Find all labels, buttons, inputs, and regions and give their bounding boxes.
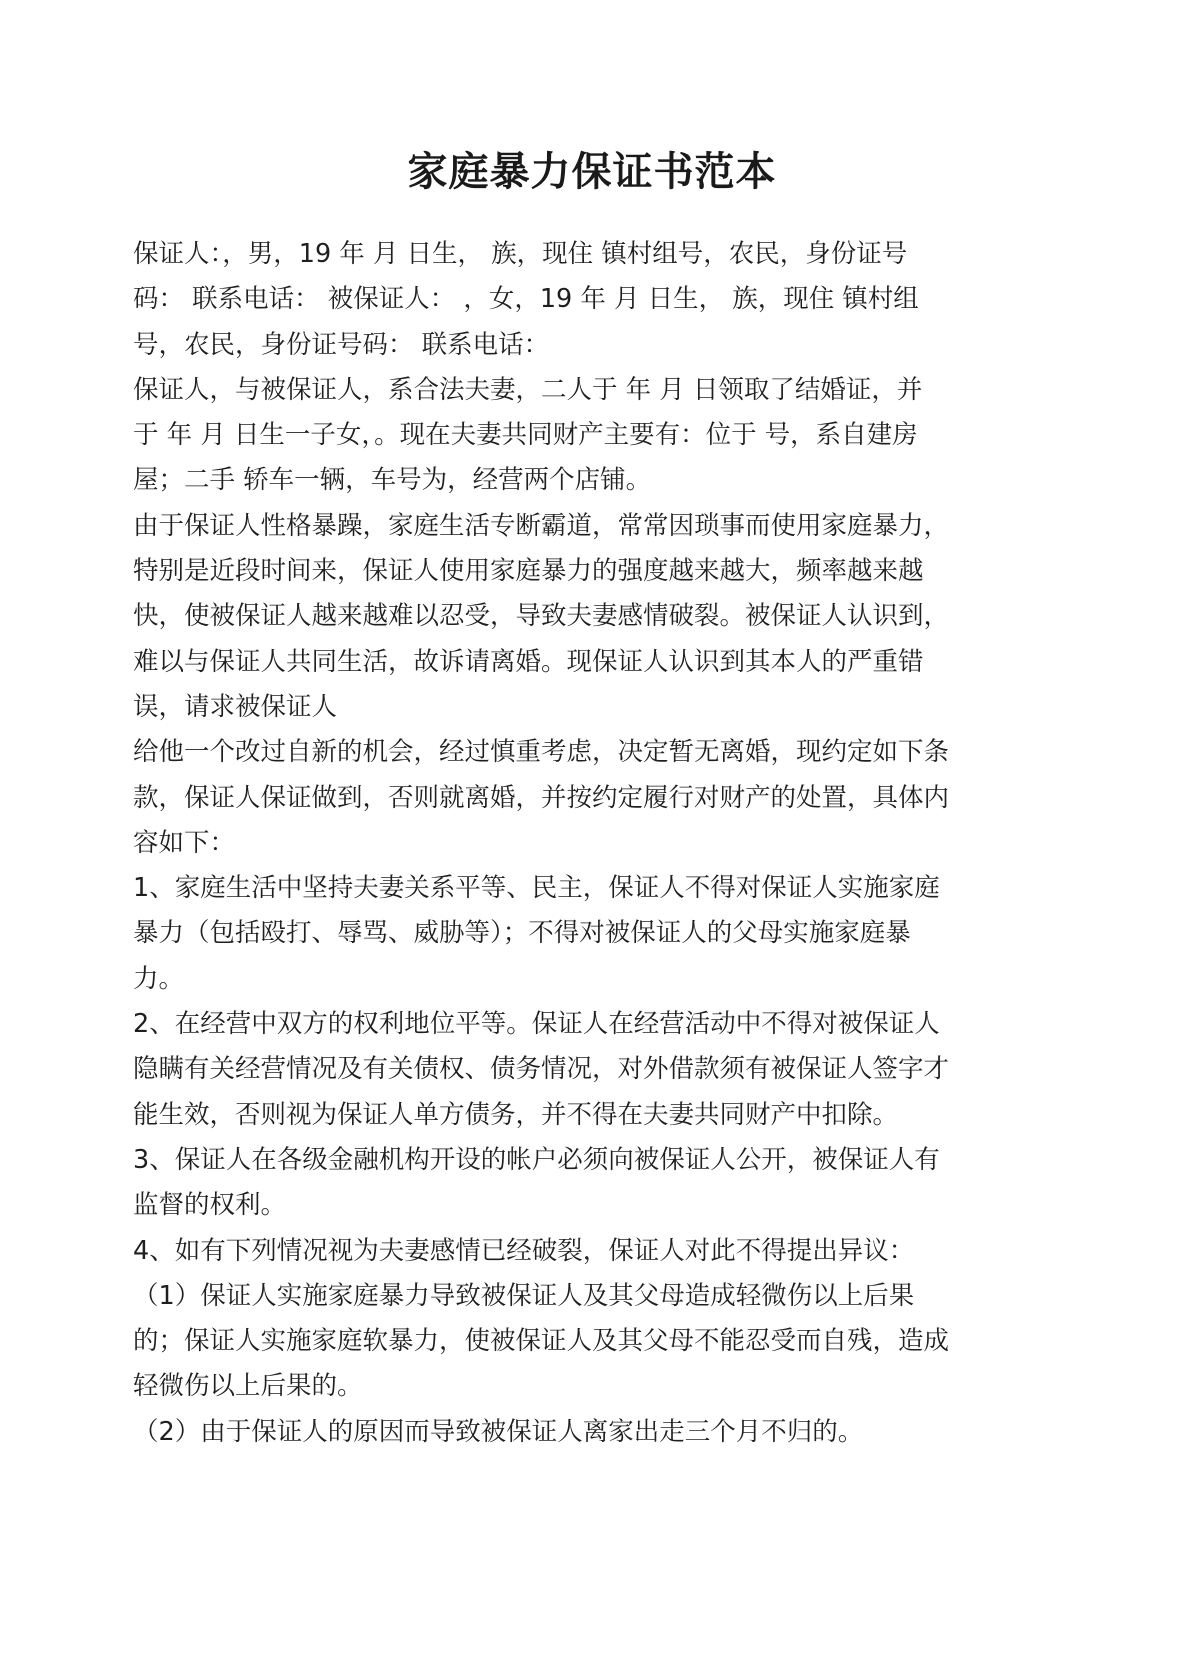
clause-1-line: 1、家庭生活中坚持夫妻关系平等、民主，保证人不得对保证人实施家庭 [133,866,1043,911]
document-body: 保证人：，男，19 年 月 日生， 族，现住 镇村组号，农民，身份证号 码： 联… [133,232,1043,1455]
clause-2-line: 2、在经营中双方的权利地位平等。保证人在经营活动中不得对被保证人 [133,1002,1043,1047]
document-page: 家庭暴力保证书范本 保证人：，男，19 年 月 日生， 族，现住 镇村组号，农民… [0,0,1184,1678]
text-line: 款，保证人保证做到，否则就离婚，并按约定履行对财产的处置，具体内 [133,776,1043,821]
text-line: 码： 联系电话： 被保证人： ，女，19 年 月 日生， 族，现住 镇村组 [133,277,1043,322]
sub-clause-1-line: 的；保证人实施家庭软暴力，使被保证人及其父母不能忍受而自残，造成 [133,1319,1043,1364]
document-title: 家庭暴力保证书范本 [0,140,1184,197]
clause-3-line: 监督的权利。 [133,1183,1043,1228]
clause-2-line: 隐瞒有关经营情况及有关债权、债务情况，对外借款须有被保证人签字才 [133,1047,1043,1092]
clause-1-line: 力。 [133,957,1043,1002]
clause-2-line: 能生效，否则视为保证人单方债务，并不得在夫妻共同财产中扣除。 [133,1093,1043,1138]
text-line: 保证人，与被保证人，系合法夫妻，二人于 年 月 日领取了结婚证，并 [133,368,1043,413]
text-line: 特别是近段时间来，保证人使用家庭暴力的强度越来越大，频率越来越 [133,549,1043,594]
clause-1-line: 暴力（包括殴打、辱骂、威胁等）；不得对被保证人的父母实施家庭暴 [133,911,1043,956]
sub-clause-1-line: 轻微伤以上后果的。 [133,1364,1043,1409]
sub-clause-1-line: （1）保证人实施家庭暴力导致被保证人及其父母造成轻微伤以上后果 [133,1274,1043,1319]
text-line: 号，农民，身份证号码： 联系电话： [133,323,1043,368]
text-line: 屋；二手 轿车一辆，车号为，经营两个店铺。 [133,458,1043,503]
clause-4-line: 4、如有下列情况视为夫妻感情已经破裂，保证人对此不得提出异议： [133,1229,1043,1274]
sub-clause-2-line: （2）由于保证人的原因而导致被保证人离家出走三个月不归的。 [133,1410,1043,1455]
clause-3-line: 3、保证人在各级金融机构开设的帐户必须向被保证人公开，被保证人有 [133,1138,1043,1183]
text-line: 保证人：，男，19 年 月 日生， 族，现住 镇村组号，农民，身份证号 [133,232,1043,277]
text-line: 快，使被保证人越来越难以忍受，导致夫妻感情破裂。被保证人认识到， [133,594,1043,639]
text-line: 误，请求被保证人 [133,685,1043,730]
text-line: 于 年 月 日生一子女，。现在夫妻共同财产主要有：位于 号，系自建房 [133,413,1043,458]
text-line: 给他一个改过自新的机会，经过慎重考虑，决定暂无离婚，现约定如下条 [133,730,1043,775]
text-line: 由于保证人性格暴躁，家庭生活专断霸道，常常因琐事而使用家庭暴力， [133,504,1043,549]
text-line: 难以与保证人共同生活，故诉请离婚。现保证人认识到其本人的严重错 [133,640,1043,685]
text-line: 容如下： [133,821,1043,866]
